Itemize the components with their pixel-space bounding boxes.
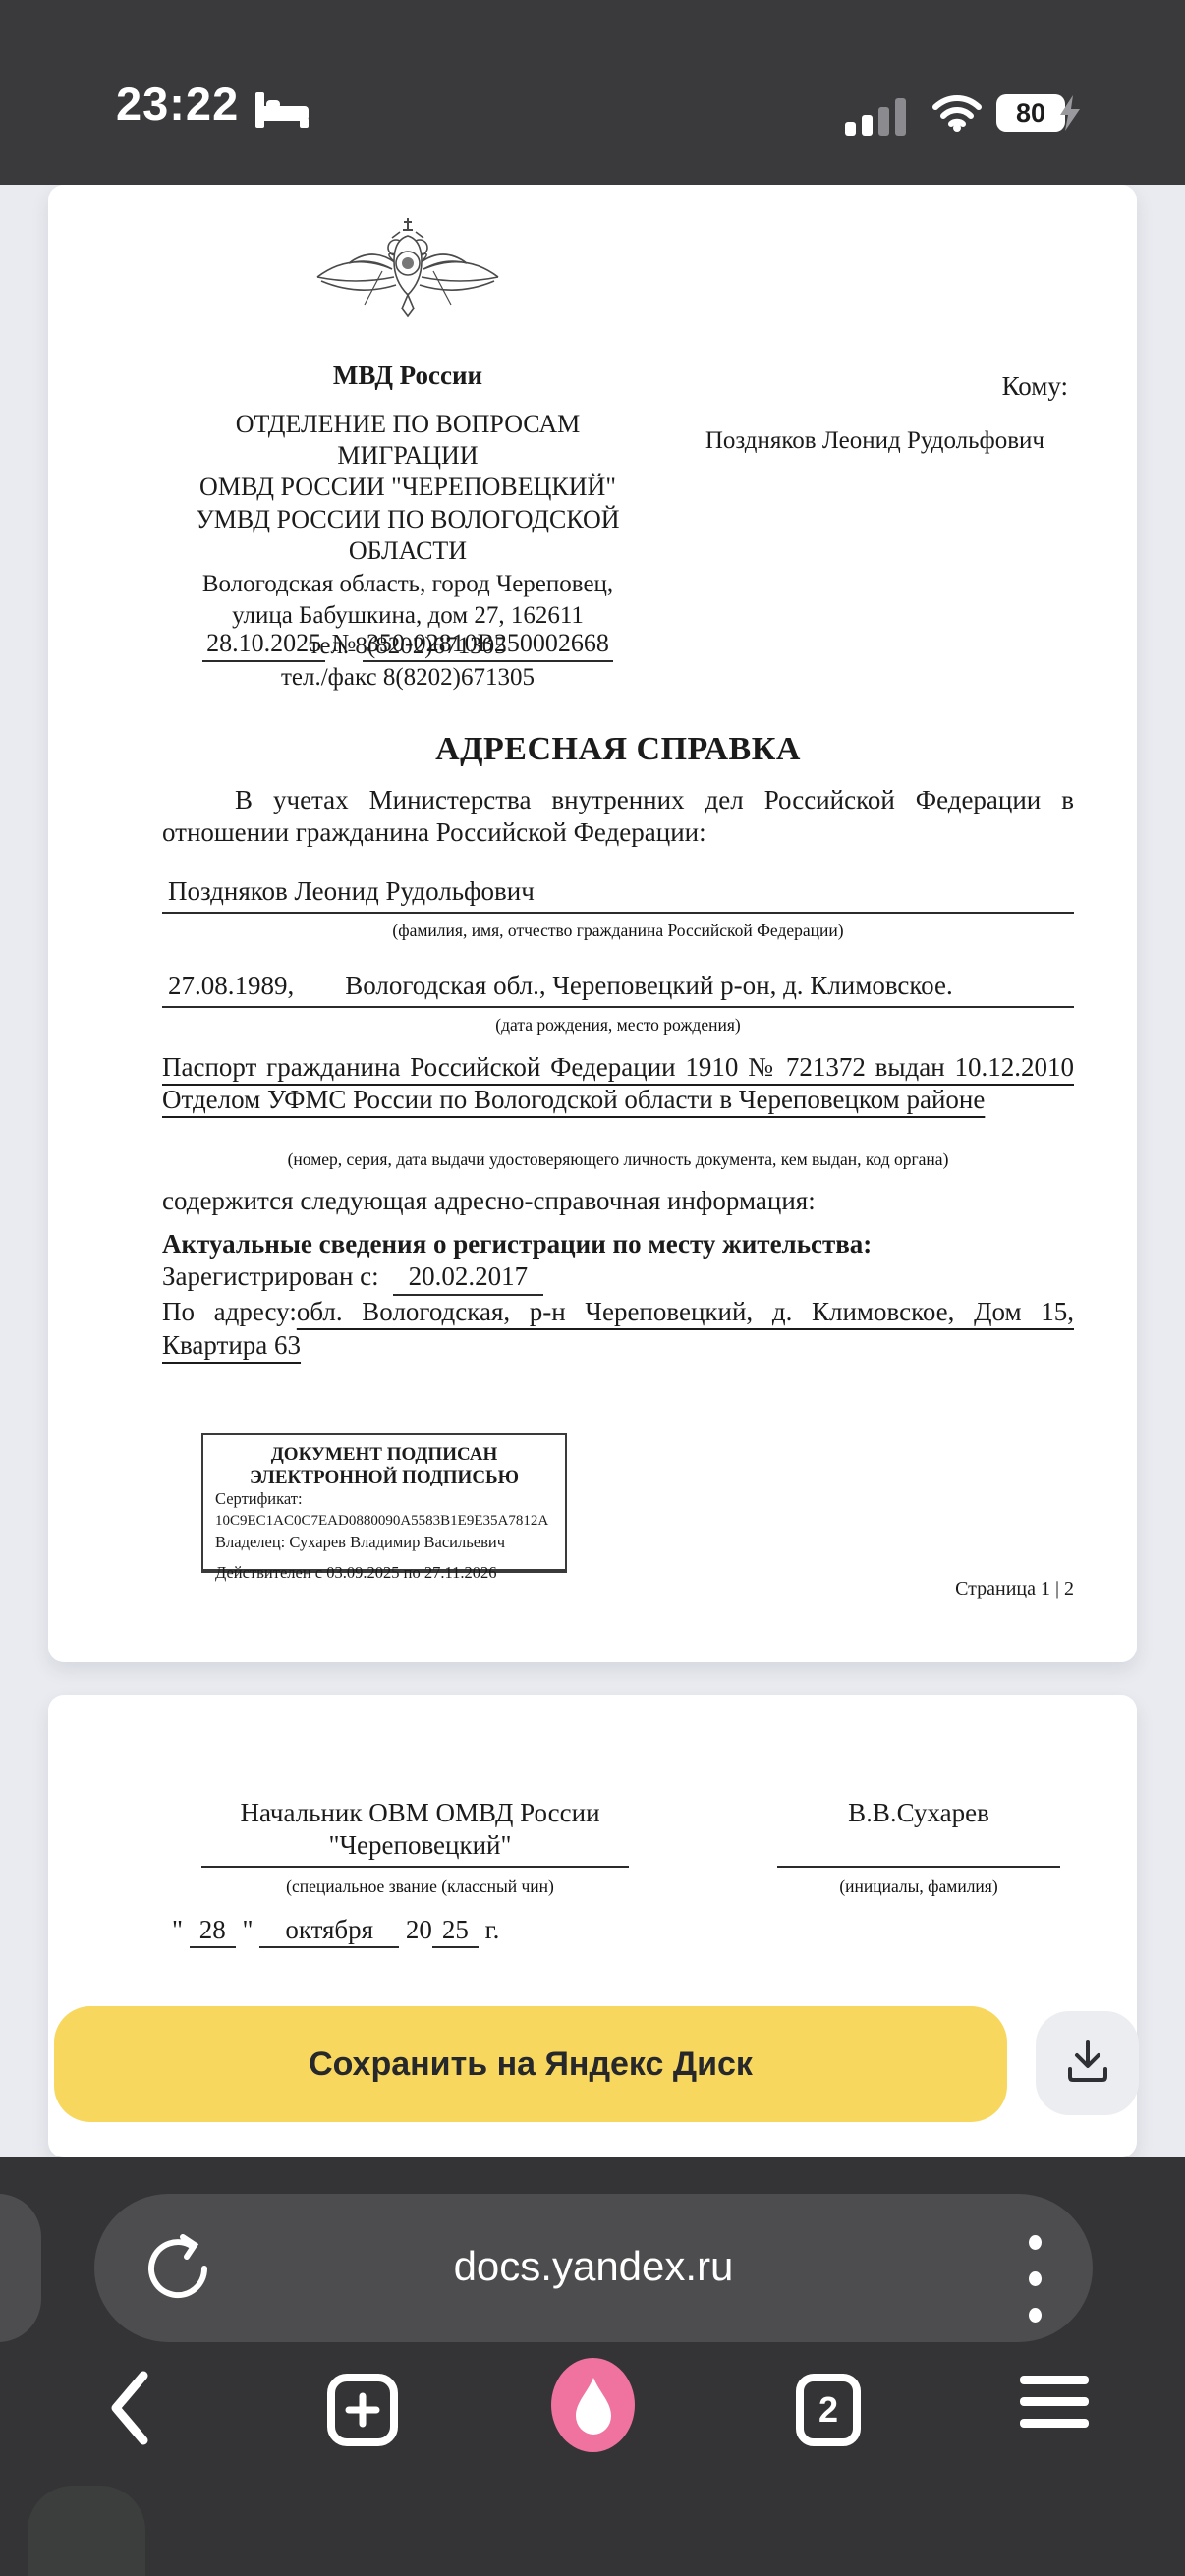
battery-indicator: 80 — [996, 94, 1065, 132]
battery-percent: 80 — [1016, 98, 1045, 129]
registered-line: Зарегистрирован с:20.02.2017 — [162, 1260, 1074, 1296]
menu-button[interactable] — [1020, 2376, 1089, 2428]
tabs-button[interactable]: 2 — [796, 2374, 861, 2446]
cert-label: Сертификат: — [215, 1488, 553, 1511]
quote-open: " — [172, 1915, 183, 1944]
quote-close: " — [243, 1915, 254, 1944]
cert-validity: Действителен с 03.09.2025 по 27.11.2026 — [215, 1563, 553, 1583]
document-page-1: МВД России ОТДЕЛЕНИЕ ПО ВОПРОСАМ МИГРАЦИ… — [48, 185, 1137, 1662]
addr-line: улица Бабушкина, дом 27, 162611 — [162, 600, 653, 632]
url-text: docs.yandex.ru — [94, 2243, 1093, 2290]
wifi-icon — [931, 94, 983, 139]
number-sign: № — [332, 629, 357, 657]
org-name: МВД России — [162, 361, 653, 391]
birth-field: 27.08.1989, Вологодская обл., Череповецк… — [162, 971, 1074, 1036]
signature-rule — [777, 1866, 1060, 1868]
bottom-navigation: 2 — [0, 2364, 1185, 2452]
year-century: 20 — [406, 1915, 432, 1944]
cellular-signal-icon — [845, 96, 906, 136]
download-button[interactable] — [1036, 2011, 1139, 2115]
new-tab-button[interactable] — [327, 2374, 398, 2446]
signing-date-line: " 28 " октября 2025 г. — [172, 1915, 499, 1948]
position-line2: "Череповецкий" — [162, 1829, 678, 1862]
cert-number: 10C9EC1AC0C7EAD0880090A5583B1E9E35A7812A — [215, 1511, 553, 1532]
fio-value: Поздняков Леонид Рудольфович — [168, 876, 535, 907]
adjacent-tab-stub[interactable] — [0, 2194, 41, 2342]
signer-caption: (инициалы, фамилия) — [777, 1876, 1060, 1897]
contains-line: содержится следующая адресно-справочная … — [162, 1186, 1074, 1216]
signature-rule — [201, 1866, 629, 1868]
back-icon[interactable] — [104, 2370, 155, 2451]
position-line1: Начальник ОВМ ОМВД России — [162, 1797, 678, 1829]
stamp-title-line2: ЭЛЕКТРОННОЙ ПОДПИСЬЮ — [215, 1466, 553, 1488]
fio-caption: (фамилия, имя, отчество гражданина Росси… — [162, 921, 1074, 941]
charging-bolt-icon — [1057, 94, 1083, 137]
save-to-yandex-disk-button[interactable]: Сохранить на Яндекс Диск — [54, 2006, 1007, 2122]
background-shape — [28, 2486, 145, 2576]
address-line: По адресу:обл. Вологодская, р-н Черепове… — [162, 1296, 1074, 1361]
passport-value: Паспорт гражданина Российской Федерации … — [162, 1052, 1074, 1114]
save-button-label: Сохранить на Яндекс Диск — [309, 2045, 753, 2084]
digital-signature-stamp: ДОКУМЕНТ ПОДПИСАН ЭЛЕКТРОННОЙ ПОДПИСЬЮ С… — [201, 1433, 567, 1573]
addressee-name: Поздняков Леонид Рудольфович — [651, 427, 1074, 455]
address-label: По адресу: — [162, 1297, 297, 1326]
status-bar: 23:22 80 — [0, 0, 1185, 185]
registration-info: Актуальные сведения о регистрации по мес… — [162, 1228, 1074, 1362]
signer-column: В.В.Сухарев (инициалы, фамилия) — [777, 1797, 1060, 1897]
actual-heading: Актуальные сведения о регистрации по мес… — [162, 1228, 1074, 1260]
birth-caption: (дата рождения, место рождения) — [162, 1015, 1074, 1036]
letterhead: МВД России ОТДЕЛЕНИЕ ПО ВОПРОСАМ МИГРАЦИ… — [162, 212, 653, 693]
mvd-emblem — [311, 335, 504, 352]
birth-date: 27.08.1989, — [168, 971, 294, 1001]
doc-date: 28.10.2025 — [202, 629, 325, 662]
dept-line: ОМВД РОССИИ "ЧЕРЕПОВЕЦКИЙ" — [162, 472, 653, 503]
browser-menu-icon[interactable] — [1029, 2235, 1042, 2323]
year-suffix: г. — [485, 1915, 500, 1944]
doc-number: 350-02810В250002668 — [363, 629, 613, 662]
doc-title: АДРЕСНАЯ СПРАВКА — [162, 731, 1074, 768]
cert-owner: Владелец: Сухарев Владимир Васильевич — [215, 1532, 553, 1554]
dept-line: УМВД РОССИИ ПО ВОЛОГОДСКОЙ — [162, 504, 653, 535]
dept-line: ОБЛАСТИ — [162, 535, 653, 567]
signer-name: В.В.Сухарев — [777, 1797, 1060, 1829]
passport-caption: (номер, серия, дата выдачи удостоверяюще… — [162, 1149, 1074, 1170]
to-label: Кому: — [651, 371, 1074, 402]
position-caption: (специальное звание (классный чин) — [162, 1876, 678, 1897]
month-blank: октября — [259, 1915, 399, 1948]
tabs-count: 2 — [818, 2389, 838, 2431]
position-column: Начальник ОВМ ОМВД России "Череповецкий"… — [162, 1797, 678, 1897]
registered-label: Зарегистрирован с: — [162, 1261, 379, 1291]
droplet-icon — [572, 2375, 615, 2436]
year-blank: 25 — [432, 1915, 479, 1948]
birth-place: Вологодская обл., Череповецкий р-он, д. … — [345, 971, 952, 1001]
intro-paragraph: В учетах Министерства внутренних дел Рос… — [162, 784, 1074, 850]
address-bar[interactable]: docs.yandex.ru — [94, 2194, 1093, 2342]
sleep-mode-icon — [254, 90, 310, 139]
download-icon — [1062, 2036, 1113, 2092]
addr-line: тел./факс 8(8202)671305 — [162, 662, 653, 694]
addressee-block: Кому: Поздняков Леонид Рудольфович — [651, 371, 1074, 455]
doc-date-number: 28.10.2025 № 350-02810В250002668 — [162, 629, 653, 658]
dept-line: ОТДЕЛЕНИЕ ПО ВОПРОСАМ МИГРАЦИИ — [162, 409, 653, 472]
clock: 23:22 — [116, 77, 239, 131]
address-value: обл. Вологодская, р-н Череповецкий, д. К… — [162, 1297, 1074, 1359]
alice-assistant-button[interactable] — [551, 2358, 635, 2452]
day-blank: 28 — [190, 1915, 236, 1948]
passport-field: Паспорт гражданина Российской Федерации … — [162, 1051, 1074, 1117]
browser-chrome: docs.yandex.ru 2 — [0, 2157, 1185, 2576]
signature-row: Начальник ОВМ ОМВД России "Череповецкий"… — [162, 1797, 1074, 1897]
addr-line: Вологодская область, город Череповец, — [162, 569, 653, 600]
registered-date: 20.02.2017 — [393, 1260, 544, 1296]
department-block: ОТДЕЛЕНИЕ ПО ВОПРОСАМ МИГРАЦИИ ОМВД РОСС… — [162, 409, 653, 567]
fio-field: Поздняков Леонид Рудольфович (фамилия, и… — [162, 876, 1074, 941]
stamp-title-line1: ДОКУМЕНТ ПОДПИСАН — [215, 1443, 553, 1466]
page-counter: Страница 1 | 2 — [955, 1578, 1074, 1600]
